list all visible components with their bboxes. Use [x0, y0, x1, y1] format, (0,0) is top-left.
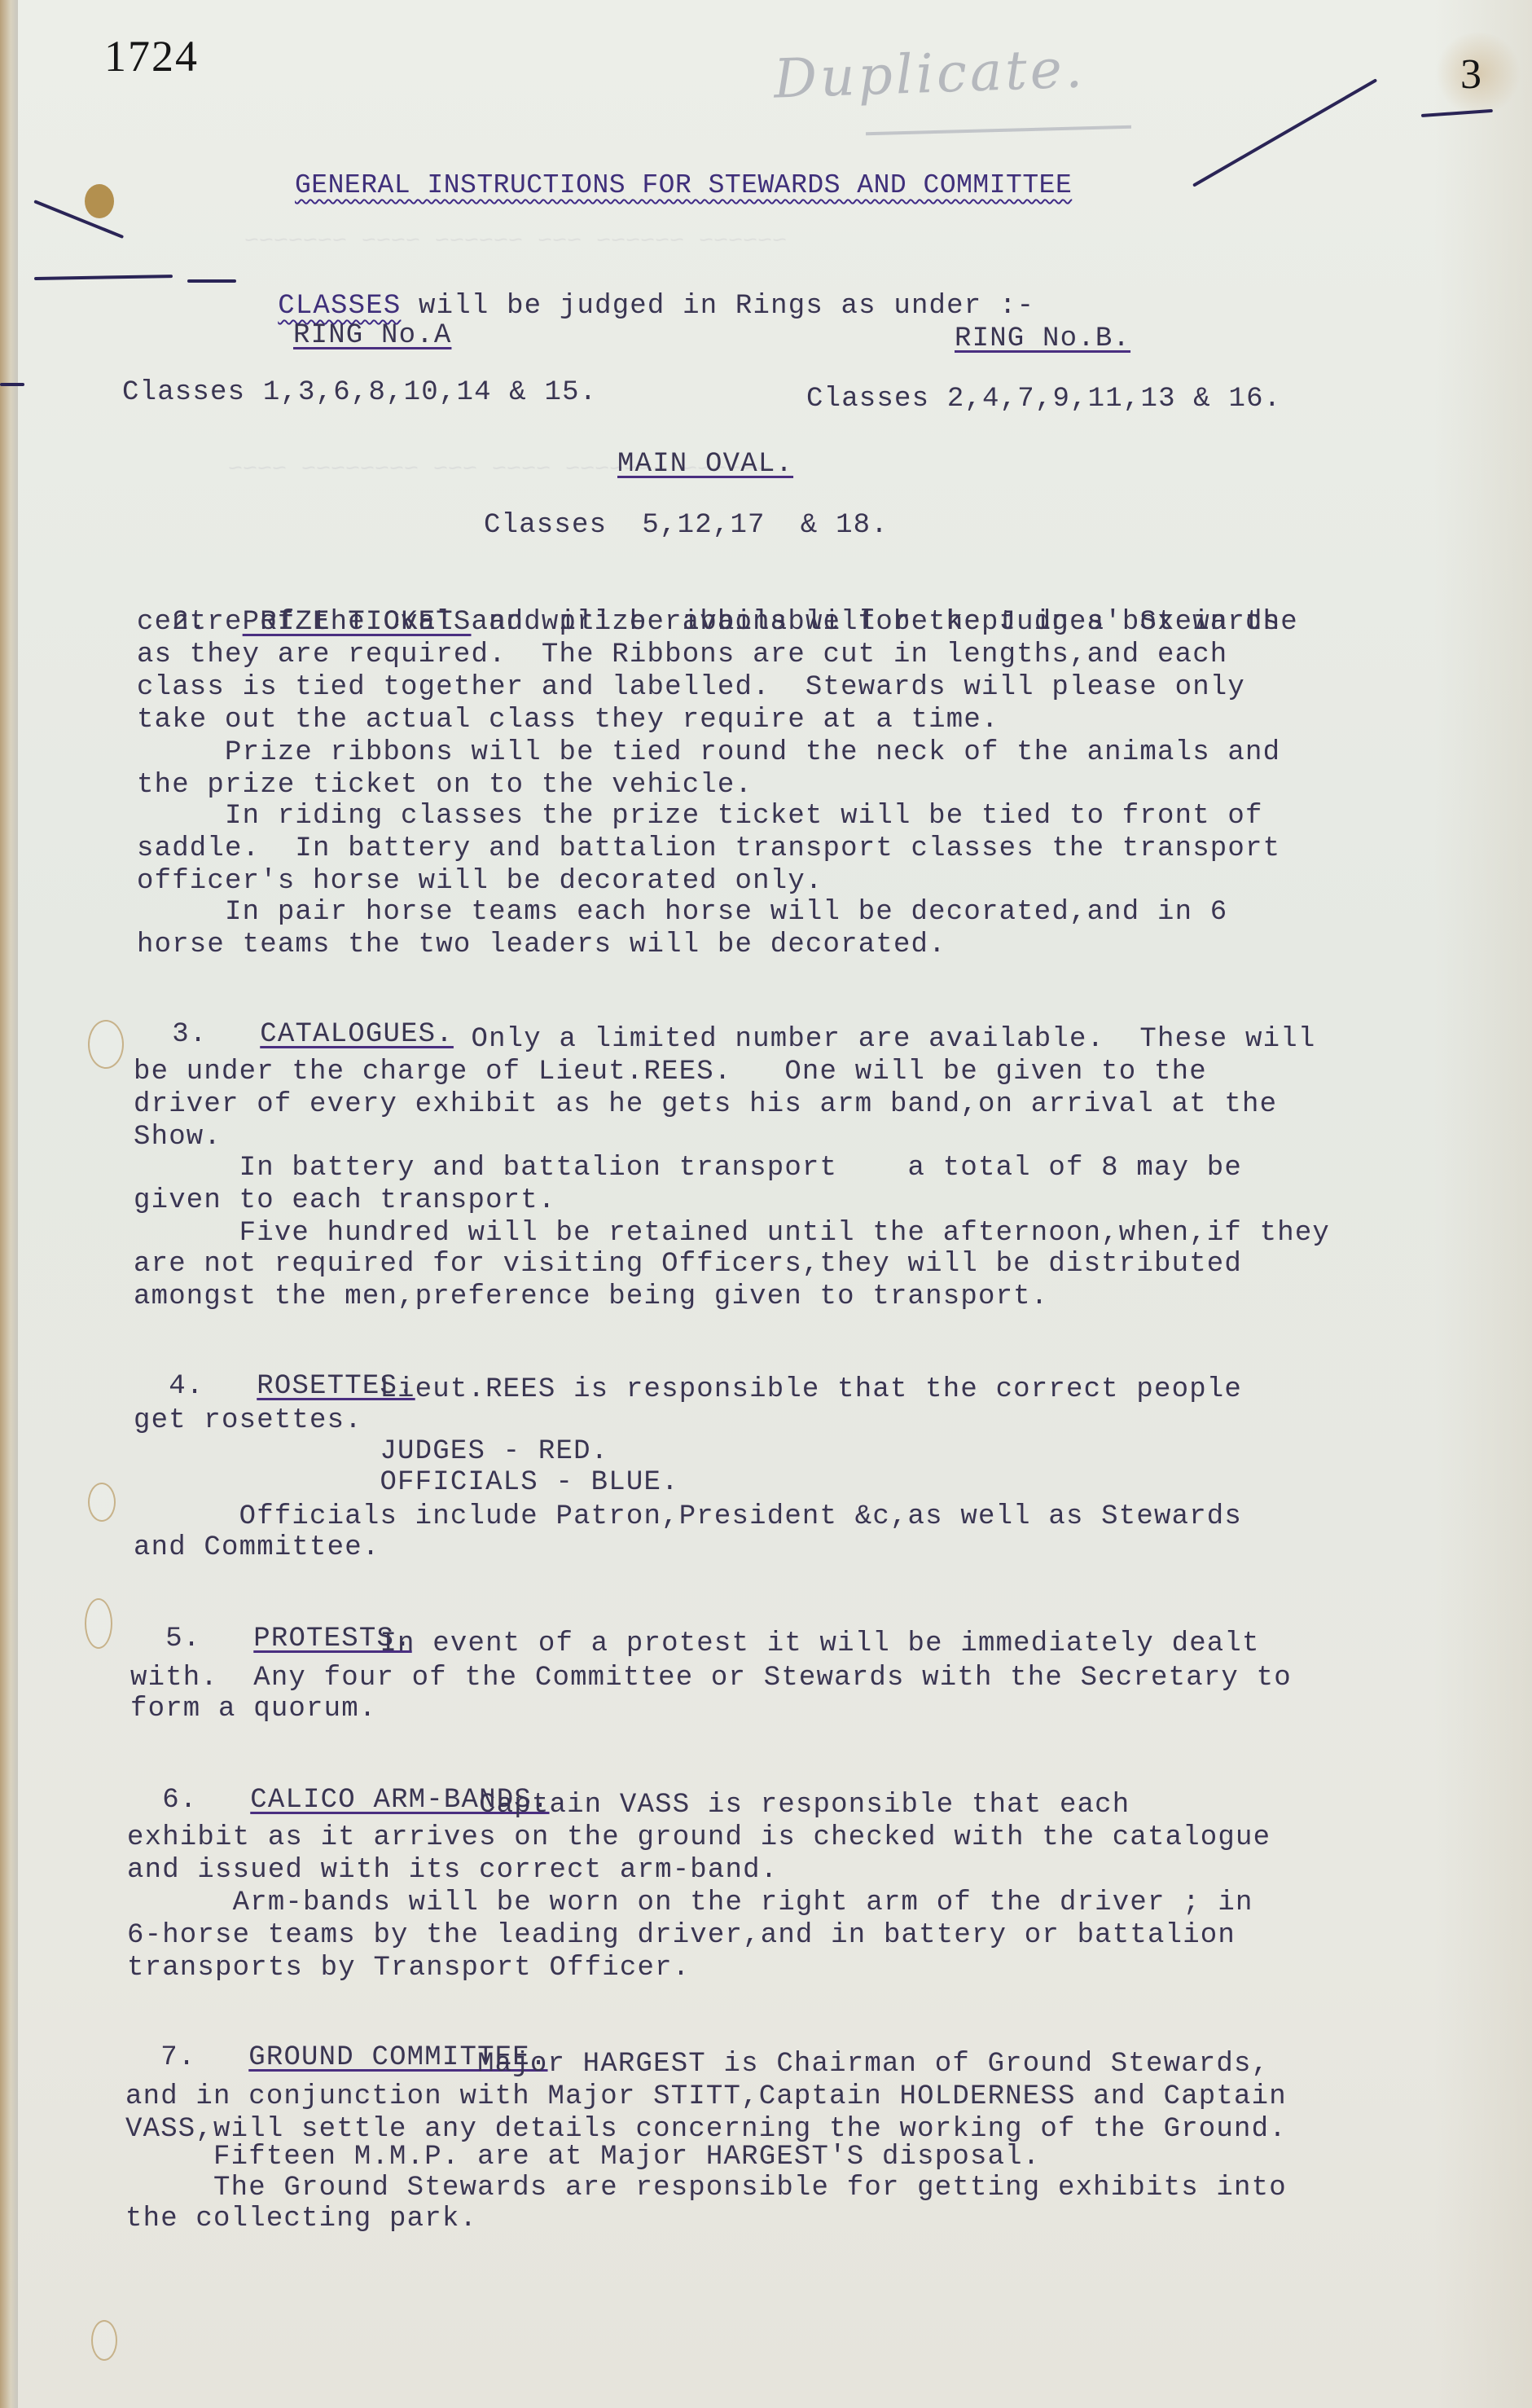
section-line: and Committee.	[134, 1531, 380, 1564]
section-line: Lieut.REES is responsible that the corre…	[134, 1373, 1242, 1406]
section-line: Captain VASS is responsible that each	[127, 1789, 1130, 1821]
main-oval-classes: Classes 5,12,17 & 18.	[484, 509, 889, 542]
section-line: Fifteen M.M.P. are at Major HARGEST'S di…	[125, 2141, 1040, 2173]
section-line: with. Any four of the Committee or Stewa…	[130, 1662, 1292, 1694]
section-line: transports by Transport Officer.	[127, 1952, 690, 1984]
section-line: be under the charge of Lieut.REES. One w…	[134, 1056, 1207, 1088]
rosette-judges: JUDGES - RED.	[134, 1435, 608, 1468]
section-line: Show.	[134, 1121, 222, 1153]
ink-stroke	[0, 383, 24, 386]
section-line: are not required for visiting Officers,t…	[134, 1248, 1242, 1281]
intro-line: CLASSES will be judged in Rings as under…	[243, 257, 1034, 323]
section-line: get rosettes.	[134, 1404, 362, 1437]
punch-hole-filled	[85, 184, 114, 218]
section-line: In event of a protest it will be immedia…	[134, 1628, 1260, 1660]
section-line: form a quorum.	[130, 1693, 376, 1725]
section-line: officer's horse will be decorated only.	[137, 865, 823, 898]
page-number: 3	[1460, 51, 1482, 99]
section-line: Officials include Patron,President &c,as…	[134, 1501, 1242, 1533]
ring-b-classes: Classes 2,4,7,9,11,13 & 16.	[806, 383, 1281, 415]
punch-hole	[91, 2320, 117, 2361]
section-line: driver of every exhibit as he gets his a…	[134, 1088, 1277, 1121]
rosette-officials: OFFICIALS - BLUE.	[134, 1466, 679, 1499]
section-line: centre of the Oval and will be available…	[137, 606, 1280, 639]
ring-a-classes: Classes 1,3,6,8,10,14 & 15.	[122, 376, 597, 409]
punch-hole	[85, 1598, 112, 1649]
section-line: amongst the men,preference being given t…	[134, 1281, 1048, 1313]
section-line: horse teams the two leaders will be deco…	[137, 929, 946, 961]
section-line: given to each transport.	[134, 1184, 555, 1217]
section-line: saddle. In battery and battalion transpo…	[137, 833, 1280, 865]
section-line: In pair horse teams each horse will be d…	[137, 896, 1227, 929]
handwritten-duplicate-annotation: Duplicate.	[773, 37, 1086, 110]
main-oval-heading: MAIN OVAL.	[617, 448, 793, 481]
section-line: the collecting park.	[125, 2203, 477, 2235]
section-line: Arm-bands will be worn on the right arm …	[127, 1887, 1253, 1919]
section-line: as they are required. The Ribbons are cu…	[137, 639, 1227, 671]
section-line: and in conjunction with Major STITT,Capt…	[125, 2081, 1287, 2113]
section-line: exhibit as it arrives on the ground is c…	[127, 1821, 1271, 1854]
show-through-text: ~~~~~~ ~~~~~~ ~~~ ~~~~~~ ~~~~ ~~~~~~~	[244, 228, 787, 256]
section-line: class is tied together and labelled. Ste…	[137, 671, 1245, 704]
punch-hole	[88, 1020, 124, 1069]
section-line: In riding classes the prize ticket will …	[137, 800, 1263, 833]
section-line: Only a limited number are available. The…	[137, 1023, 1315, 1056]
section-line: take out the actual class they require a…	[137, 704, 999, 736]
section-line: The Ground Stewards are responsible for …	[125, 2172, 1287, 2204]
ring-a-heading: RING No.A	[293, 319, 451, 352]
section-line: the prize ticket on to the vehicle.	[137, 769, 753, 802]
section-line: and issued with its correct arm-band.	[127, 1854, 778, 1887]
intro-text: will be judged in Rings as under :-	[401, 291, 1034, 322]
intro-lead-word: CLASSES	[278, 291, 401, 322]
reference-number: 1724	[104, 31, 199, 81]
section-line: Prize ribbons will be tied round the nec…	[137, 736, 1280, 769]
punch-hole	[88, 1483, 116, 1522]
section-line: Major HARGEST is Chairman of Ground Stew…	[125, 2048, 1269, 2081]
ink-stroke	[187, 279, 236, 283]
section-line: 6-horse teams by the leading driver,and …	[127, 1919, 1236, 1952]
binding-edge	[0, 0, 18, 2408]
section-line: Five hundred will be retained until the …	[134, 1217, 1330, 1250]
document-title: GENERAL INSTRUCTIONS FOR STEWARDS AND CO…	[295, 169, 1072, 202]
section-line: In battery and battalion transport a tot…	[134, 1152, 1242, 1184]
ring-b-heading: RING No.B.	[955, 323, 1130, 355]
paper-shading	[1434, 0, 1532, 2408]
